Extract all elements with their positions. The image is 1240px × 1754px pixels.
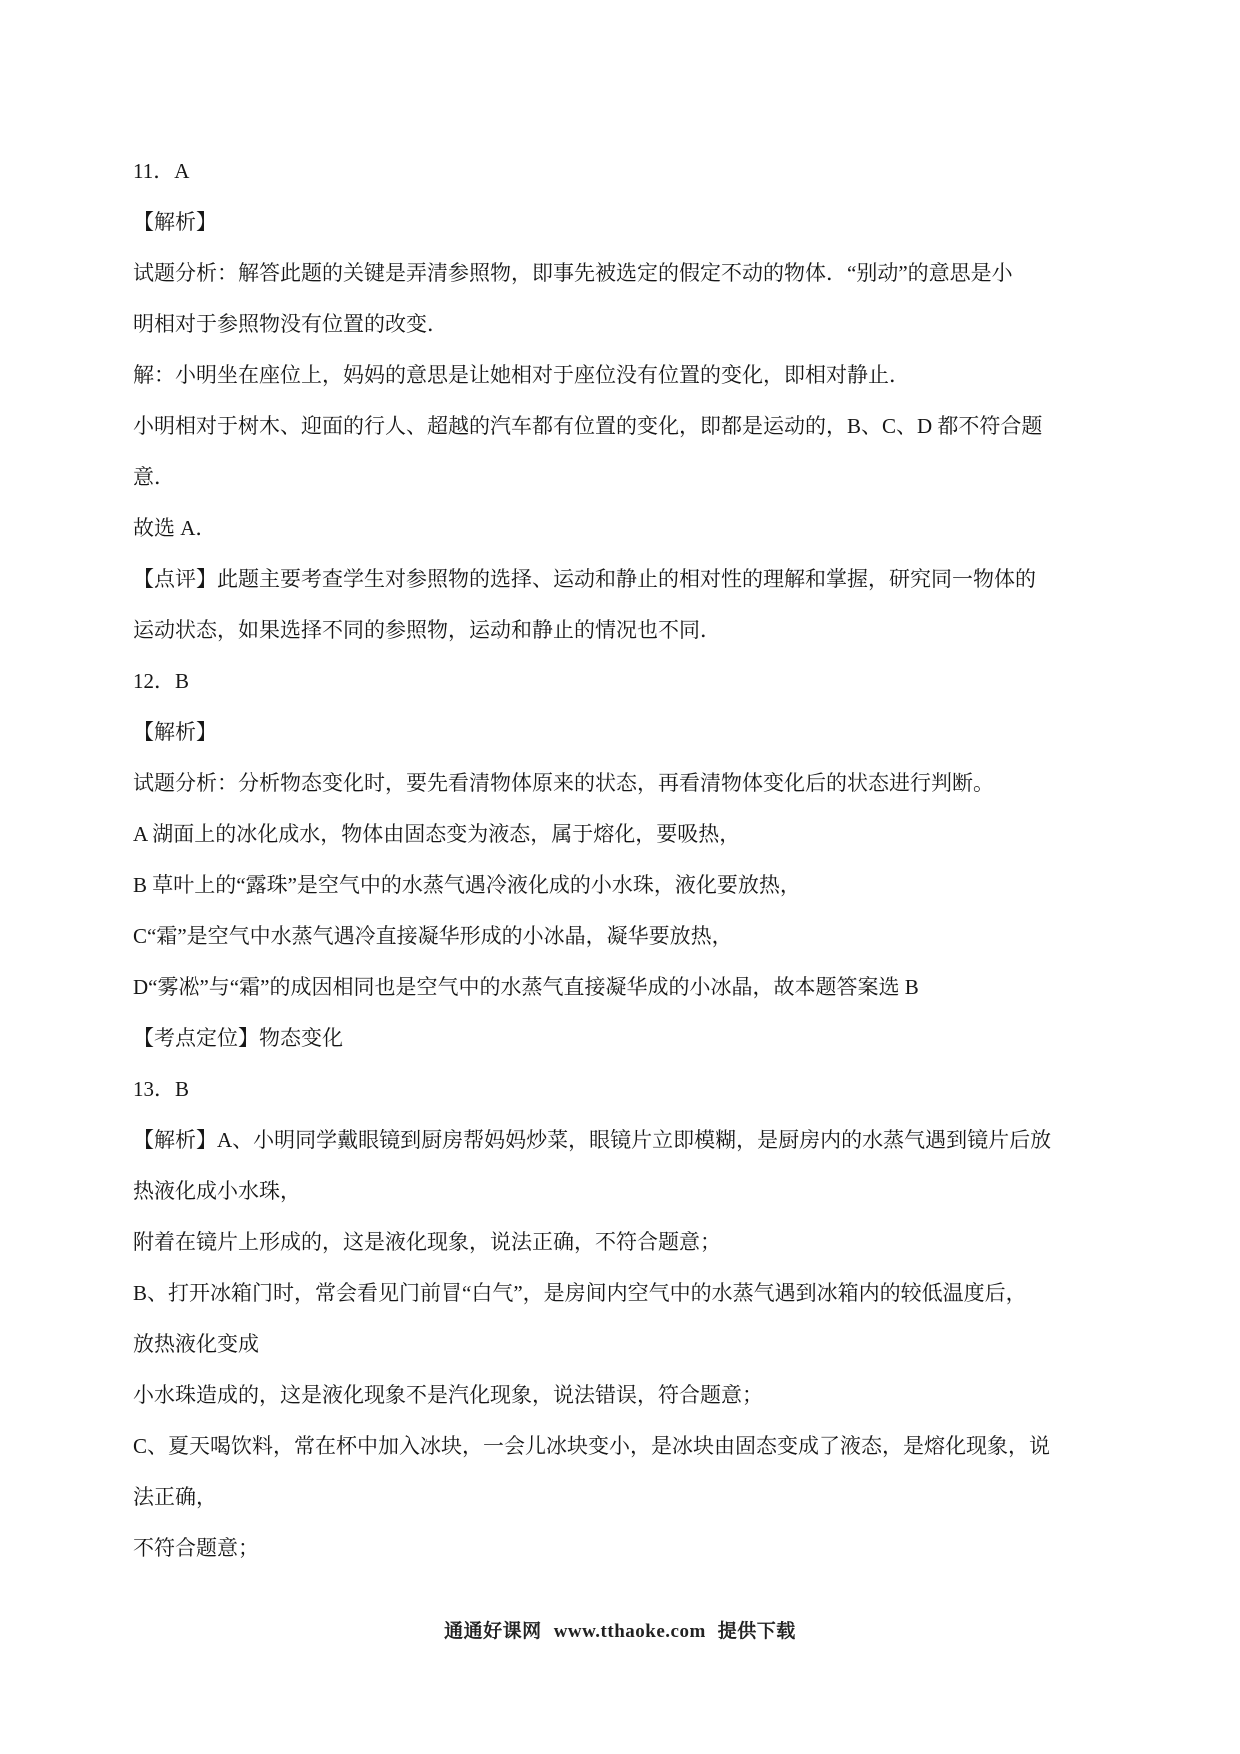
answer-11-line: 意． <box>133 452 1123 503</box>
answer-12-line: A 湖面上的冰化成水，物体由固态变为液态，属于熔化，要吸热， <box>133 809 1123 860</box>
answer-13-line: 【解析】A、小明同学戴眼镜到厨房帮妈妈炒菜，眼镜片立即模糊，是厨房内的水蒸气遇到… <box>133 1115 1123 1166</box>
answer-11-line: 【点评】此题主要考查学生对参照物的选择、运动和静止的相对性的理解和掌握，研究同一… <box>133 554 1123 605</box>
answer-block-13: 13．B 【解析】A、小明同学戴眼镜到厨房帮妈妈炒菜，眼镜片立即模糊，是厨房内的… <box>133 1064 1123 1574</box>
answer-11-line: 故选 A． <box>133 503 1123 554</box>
answer-11-line: 运动状态，如果选择不同的参照物，运动和静止的情况也不同． <box>133 605 1123 656</box>
answer-number-12: 12．B <box>133 656 1123 707</box>
footer-url: www.tthaoke.com <box>554 1621 706 1642</box>
answer-block-12: 12．B 【解析】 试题分析：分析物态变化时，要先看清物体原来的状态，再看清物体… <box>133 656 1123 1064</box>
answer-sheet: 11．A 【解析】 试题分析：解答此题的关键是弄清参照物，即事先被选定的假定不动… <box>133 146 1123 1574</box>
answer-11-line: 小明相对于树木、迎面的行人、超越的汽车都有位置的变化，即都是运动的，B、C、D … <box>133 401 1123 452</box>
answer-number-13: 13．B <box>133 1064 1123 1115</box>
answer-12-line: B 草叶上的“露珠”是空气中的水蒸气遇冷液化成的小水珠，液化要放热， <box>133 860 1123 911</box>
answer-12-line: 【考点定位】物态变化 <box>133 1013 1123 1064</box>
answer-block-11: 11．A 【解析】 试题分析：解答此题的关键是弄清参照物，即事先被选定的假定不动… <box>133 146 1123 656</box>
document-page: 11．A 【解析】 试题分析：解答此题的关键是弄清参照物，即事先被选定的假定不动… <box>0 0 1240 1754</box>
answer-11-line: 解：小明坐在座位上，妈妈的意思是让她相对于座位没有位置的变化，即相对静止． <box>133 350 1123 401</box>
answer-11-line: 试题分析：解答此题的关键是弄清参照物，即事先被选定的假定不动的物体．“别动”的意… <box>133 248 1123 299</box>
answer-12-line: C“霜”是空气中水蒸气遇冷直接凝华形成的小冰晶，凝华要放热， <box>133 911 1123 962</box>
answer-13-line: 放热液化变成 <box>133 1319 1123 1370</box>
answer-13-line: C、夏天喝饮料，常在杯中加入冰块，一会儿冰块变小，是冰块由固态变成了液态，是熔化… <box>133 1421 1123 1472</box>
answer-12-line: 【解析】 <box>133 707 1123 758</box>
answer-13-line: 附着在镜片上形成的，这是液化现象，说法正确，不符合题意； <box>133 1217 1123 1268</box>
answer-13-line: 小水珠造成的，这是液化现象不是汽化现象，说法错误，符合题意； <box>133 1370 1123 1421</box>
answer-13-line: 法正确， <box>133 1472 1123 1523</box>
answer-13-line: B、打开冰箱门时，常会看见门前冒“白气”，是房间内空气中的水蒸气遇到冰箱内的较低… <box>133 1268 1123 1319</box>
footer-download-label: 提供下载 <box>718 1621 796 1642</box>
answer-13-line: 不符合题意； <box>133 1523 1123 1574</box>
answer-11-line: 明相对于参照物没有位置的改变． <box>133 299 1123 350</box>
answer-number-11: 11．A <box>133 146 1123 197</box>
footer-site-name: 通通好课网 <box>444 1621 542 1642</box>
answer-11-line: 【解析】 <box>133 197 1123 248</box>
answer-13-line: 热液化成小水珠， <box>133 1166 1123 1217</box>
answer-12-line: D“雾凇”与“霜”的成因相同也是空气中的水蒸气直接凝华成的小冰晶，故本题答案选 … <box>133 962 1123 1013</box>
answer-12-line: 试题分析：分析物态变化时，要先看清物体原来的状态，再看清物体变化后的状态进行判断… <box>133 758 1123 809</box>
page-footer: 通通好课网www.tthaoke.com提供下载 <box>0 1616 1240 1643</box>
